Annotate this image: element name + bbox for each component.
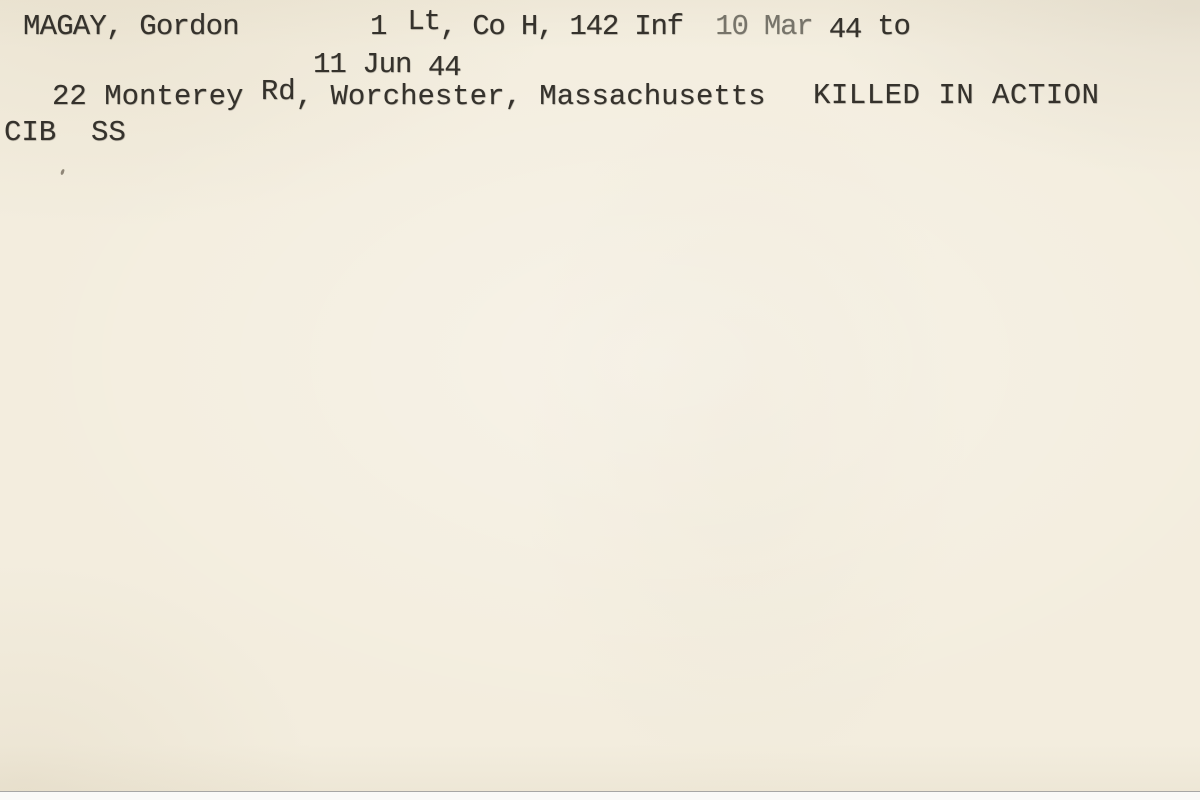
casualty-status: KILLED IN ACTION [813,81,1099,110]
unit-designation: , Co H, 142 Inf [440,10,715,43]
awards-decorations: CIB SS [4,118,126,147]
date-space [812,10,828,43]
service-start-year: 44 [829,13,861,46]
paper-background [0,0,1200,800]
rank-abbrev: Lt [407,5,439,38]
service-end-date: 11 Jun 44 [313,50,461,79]
home-address: 22 Monterey Rd, Worchester, Massachusett… [52,82,766,111]
rank-unit-dates-line: 1 Lt, Co H, 142 Inf 10 Mar 44 to [370,12,910,41]
scanned-index-card: MAGAY, Gordon 1 Lt, Co H, 142 Inf 10 Mar… [0,0,1200,800]
address-street: 22 Monterey [52,80,261,113]
rank-number: 1 [370,10,402,43]
end-date-day-month: 11 Jun [313,48,428,81]
address-city-state: , Worchester, Massachusetts [296,80,766,113]
to-word: to [861,10,910,43]
address-road-abbrev: Rd [261,75,296,108]
soldier-name: MAGAY, Gordon [23,12,239,41]
card-bottom-edge [0,791,1200,800]
service-start-date: 10 Mar [715,10,812,43]
